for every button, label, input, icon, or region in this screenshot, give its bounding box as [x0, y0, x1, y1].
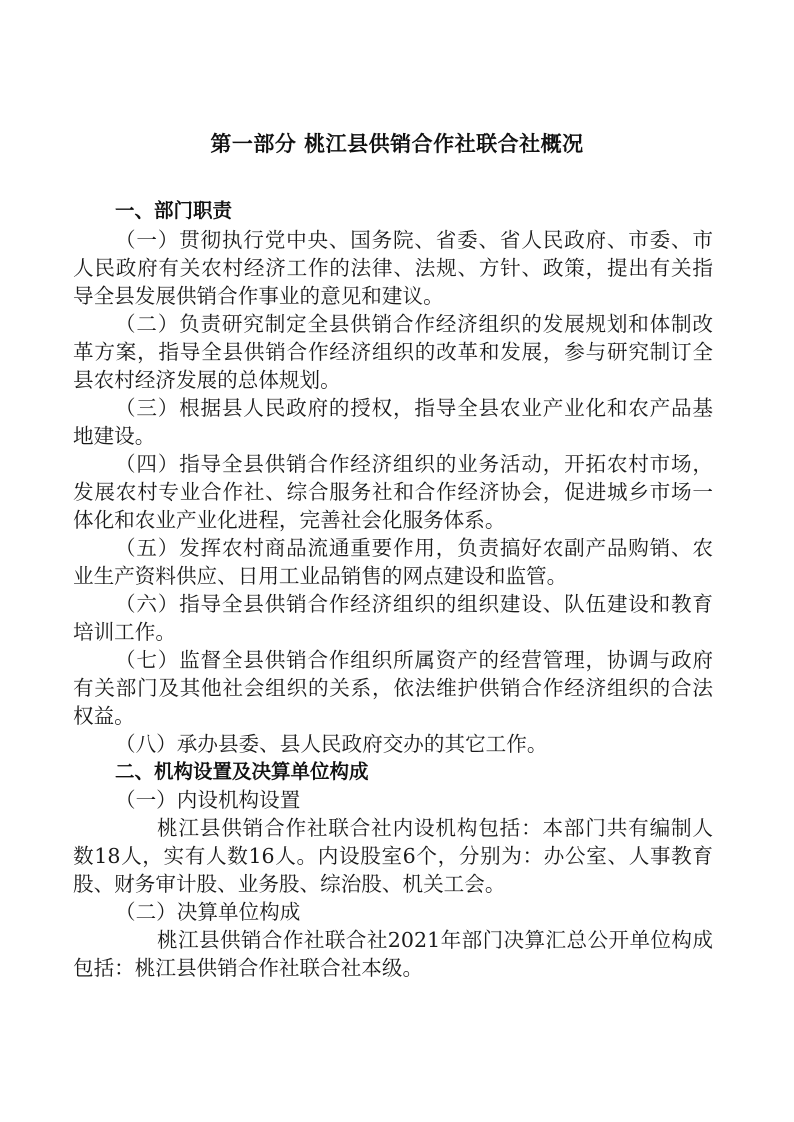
- section-heading-duties: 一、部门职责: [115, 197, 713, 225]
- paragraph-line: 人民政府有关农村经济工作的法律、法规、方针、政策，提出有关指: [73, 254, 713, 282]
- paragraph-line: （四）指导全县供销合作经济组织的业务活动，开拓农村市场，: [115, 450, 713, 478]
- subsection-heading-internal: （一）内设机构设置: [115, 786, 713, 814]
- paragraph-line: 有关部门及其他社会组织的关系，依法维护供销合作经济组织的合法: [73, 674, 713, 702]
- paragraph-line: 桃江县供销合作社联合社内设机构包括：本部门共有编制人: [157, 814, 713, 842]
- paragraph-line: 包括：桃江县供销合作社联合社本级。: [73, 954, 713, 982]
- paragraph-line: 数18人，实有人数16人。内设股室6个，分别为：办公室、人事教育: [73, 842, 713, 870]
- page-title: 第一部分 桃江县供销合作社联合社概况: [0, 128, 794, 158]
- paragraph-line: （三）根据县人民政府的授权，指导全县农业产业化和农产品基: [115, 394, 713, 422]
- paragraph-line: （五）发挥农村商品流通重要作用，负责搞好农副产品购销、农: [115, 534, 713, 562]
- paragraph-line: 革方案，指导全县供销合作经济组织的改革和发展，参与研究制订全: [73, 338, 713, 366]
- paragraph-line: 体化和农业产业化进程，完善社会化服务体系。: [73, 506, 713, 534]
- document-page: 第一部分 桃江县供销合作社联合社概况 一、部门职责 （一）贯彻执行党中央、国务院…: [0, 0, 794, 1122]
- paragraph-line: （七）监督全县供销合作组织所属资产的经营管理，协调与政府: [115, 646, 713, 674]
- paragraph-line: （八）承办县委、县人民政府交办的其它工作。: [115, 730, 713, 758]
- paragraph-line: 权益。: [73, 702, 713, 730]
- paragraph-line: （六）指导全县供销合作经济组织的组织建设、队伍建设和教育: [115, 590, 713, 618]
- paragraph-line: 发展农村专业合作社、综合服务社和合作经济协会，促进城乡市场一: [73, 478, 713, 506]
- paragraph-line: 地建设。: [73, 422, 713, 450]
- paragraph-line: 培训工作。: [73, 618, 713, 646]
- paragraph-line: 业生产资料供应、日用工业品销售的网点建设和监管。: [73, 562, 713, 590]
- paragraph-line: 股、财务审计股、业务股、综治股、机关工会。: [73, 870, 713, 898]
- paragraph-line: （一）贯彻执行党中央、国务院、省委、省人民政府、市委、市: [115, 226, 713, 254]
- section-heading-organization: 二、机构设置及决算单位构成: [115, 758, 713, 786]
- paragraph-line: 导全县发展供销合作事业的意见和建议。: [73, 282, 713, 310]
- paragraph-line: 县农村经济发展的总体规划。: [73, 366, 713, 394]
- paragraph-line: 桃江县供销合作社联合社2021年部门决算汇总公开单位构成: [157, 926, 713, 954]
- subsection-heading-units: （二）决算单位构成: [115, 898, 713, 926]
- paragraph-line: （二）负责研究制定全县供销合作经济组织的发展规划和体制改: [115, 310, 713, 338]
